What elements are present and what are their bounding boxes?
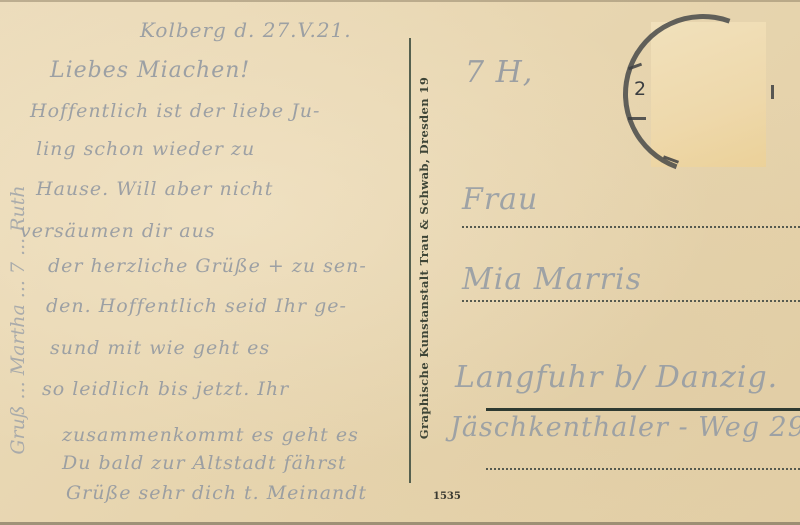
postmark-day: 2	[634, 78, 646, 100]
message-line: sund mit wie geht es	[50, 337, 270, 359]
address-note: 7 H,	[465, 55, 533, 90]
message-line: versäumen dir aus	[20, 220, 216, 242]
address-line-3	[486, 468, 800, 470]
address-line-1	[462, 226, 800, 228]
card-top-edge	[0, 0, 800, 2]
message-line: der herzliche Grüße + zu sen-	[48, 255, 367, 277]
center-divider	[409, 38, 411, 483]
postmark-circle	[597, 0, 800, 200]
message-line: zusammenkommt es geht es	[62, 424, 359, 446]
message-line: Hoffentlich ist der liebe Ju-	[30, 100, 320, 122]
place-date: Kolberg d. 27.V.21.	[140, 18, 352, 42]
message-line: Du bald zur Altstadt fährst	[62, 452, 347, 474]
recipient-street: Jäschkenthaler - Weg 29	[450, 412, 800, 443]
postmark-tick	[771, 85, 774, 99]
address-line-2	[462, 300, 800, 302]
message-line: Grüße sehr dich t. Meinandt	[66, 482, 367, 504]
message-line: Hause. Will aber nicht	[36, 178, 273, 200]
publisher-imprint: Graphische Kunstanstalt Trau & Schwab, D…	[417, 77, 431, 439]
serial-number: 1535	[433, 491, 461, 502]
margin-note: Gruß ... Martha ... 7 ... Ruth	[7, 185, 29, 454]
message-line: so leidlich bis jetzt. Ihr	[42, 378, 289, 400]
recipient-city: Langfuhr b/ Danzig.	[455, 360, 778, 395]
message-line: ling schon wieder zu	[36, 138, 255, 160]
postcard-back: Kolberg d. 27.V.21. Liebes Miachen! Hoff…	[0, 0, 800, 525]
postmark-tick	[628, 117, 646, 120]
salutation: Liebes Miachen!	[50, 58, 250, 83]
recipient-name: Mia Marris	[462, 262, 642, 297]
recipient-salutation: Frau	[462, 182, 538, 217]
address-underline	[486, 408, 800, 411]
message-line: den. Hoffentlich seid Ihr ge-	[46, 295, 347, 317]
